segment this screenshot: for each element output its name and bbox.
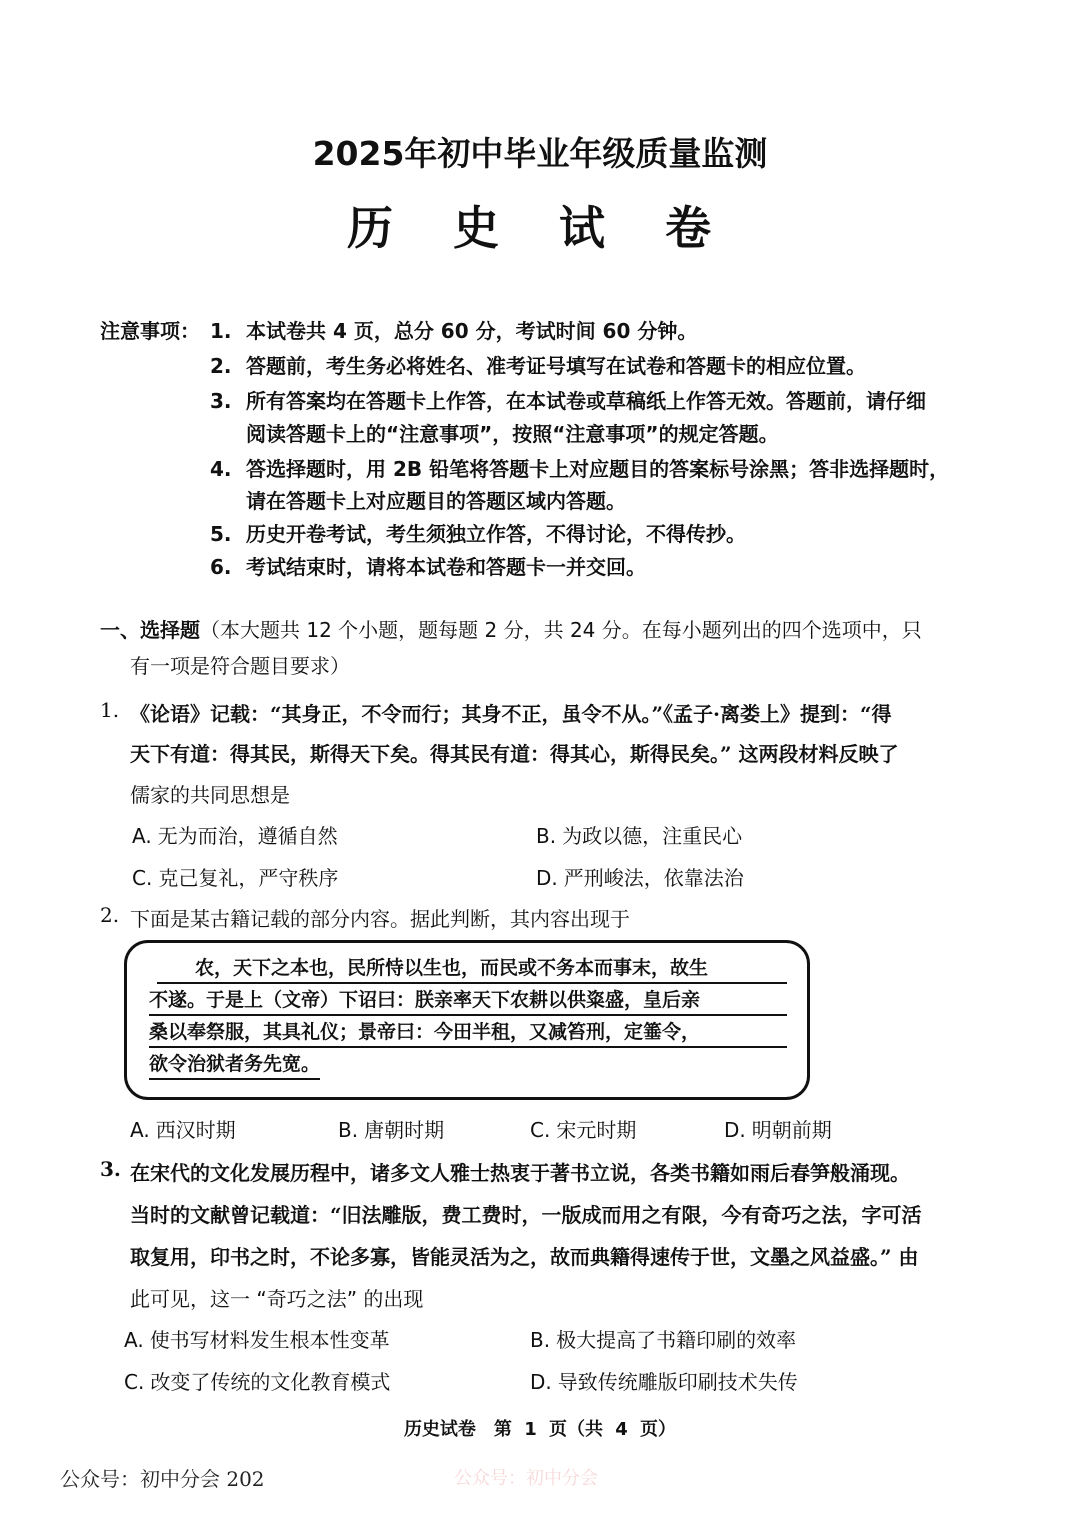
section-heading: 一、选择题（本大题共 12 个小题，题每题 2 分，共 24 分。在每小题列出的… (100, 614, 922, 643)
notice-item-4: 4.答选择题时，用 2B 铅笔将答题卡上对应题目的答案标号涂黑；答非选择题时， (210, 453, 949, 482)
notice-item-2: 2.答题前，考生务必将姓名、准考证号填写在试卷和答题卡的相应位置。 (210, 350, 866, 379)
section-title: 一、选择题 (100, 618, 200, 642)
notice-item-5: 5.历史开卷考试，考生须独立作答，不得讨论，不得传抄。 (210, 518, 746, 547)
option-d[interactable]: D.导致传统雕版印刷技术失传 (530, 1366, 798, 1395)
option-d[interactable]: D.明朝前期 (724, 1114, 832, 1143)
notice-item-3: 3.所有答案均在答题卡上作答，在本试卷或草稿纸上作答无效。答题前，请仔细 (210, 385, 926, 414)
exam-title: 2025年初中毕业年级质量监测 (0, 128, 1080, 175)
option-b[interactable]: B.极大提高了书籍印刷的效率 (530, 1324, 796, 1353)
option-c[interactable]: C.克己复礼，严守秩序 (132, 862, 338, 891)
option-d[interactable]: D.严刑峻法，依靠法治 (536, 862, 744, 891)
question-text-line: 下面是某古籍记载的部分内容。据此判断，其内容出现于 (130, 903, 630, 932)
question-text-line: 《论语》记载：“其身正，不令而行；其身不正，虽令不从。”《孟子·离娄上》提到：“… (130, 698, 891, 727)
option-b[interactable]: B.为政以德，注重民心 (536, 820, 742, 849)
option-a[interactable]: A.使书写材料发生根本性变革 (124, 1324, 390, 1353)
question-number: 3. (100, 1157, 121, 1181)
question-text-line: 在宋代的文化发展历程中，诸多文人雅士热衷于著书立说，各类书籍如雨后春笋般涌现。 (130, 1157, 910, 1186)
material-line: 欲令治狱者务先宽。 (149, 1051, 320, 1080)
notice-item-3-cont: 阅读答题卡上的“注意事项”，按照“注意事项”的规定答题。 (246, 418, 779, 447)
material-line: 农，天下之本也，民所恃以生也，而民或不务本而事末，故生 (157, 955, 787, 984)
notice-item-4-cont: 请在答题卡上对应题目的答题区域内答题。 (246, 485, 626, 514)
material-line: 不遂。于是上（文帝）下诏曰：朕亲率天下农耕以供粢盛，皇后亲 (149, 987, 787, 1016)
question-number: 2. (100, 903, 119, 927)
material-box: 农，天下之本也，民所恃以生也，而民或不务本而事末，故生 不遂。于是上（文帝）下诏… (124, 940, 810, 1100)
question-number: 1. (100, 698, 119, 722)
option-b[interactable]: B.唐朝时期 (338, 1114, 444, 1143)
section-desc: （本大题共 12 个小题，题每题 2 分，共 24 分。在每小题列出的四个选项中… (200, 618, 922, 642)
option-c[interactable]: C.改变了传统的文化教育模式 (124, 1366, 390, 1395)
notice-item-6: 6.考试结束时，请将本试卷和答题卡一并交回。 (210, 551, 646, 580)
question-text-line: 取复用，印书之时，不论多寡，皆能灵活为之，故而典籍得速传于世，文墨之风益盛。” … (130, 1241, 918, 1270)
subject-title: 历 史 试 卷 (0, 192, 1080, 258)
material-line: 桑以奉祭服，其具礼仪；景帝曰：今田半租，又减笞刑，定箠令， (149, 1019, 787, 1048)
notice-label: 注意事项： (100, 315, 200, 344)
question-text-line: 儒家的共同思想是 (130, 779, 290, 808)
question-text-line: 当时的文献曾记载道：“旧法雕版，费工费时，一版成而用之有限，今有奇巧之法，字可活 (130, 1199, 922, 1228)
option-a[interactable]: A.无为而治，遵循自然 (132, 820, 338, 849)
option-a[interactable]: A.西汉时期 (130, 1114, 236, 1143)
question-text-line: 此可见，这一 “奇巧之法” 的出现 (130, 1283, 423, 1312)
page-footer: 历史试卷 第 1 页（共 4 页） (0, 1415, 1080, 1441)
question-text-line: 天下有道：得其民，斯得天下矣。得其民有道：得其心，斯得民矣。” 这两段材料反映了 (130, 738, 898, 767)
option-c[interactable]: C.宋元时期 (530, 1114, 636, 1143)
watermark-left: 公众号：初中分会 202 (60, 1463, 265, 1492)
watermark-center: 公众号：初中分会 (454, 1464, 598, 1490)
section-desc-cont: 有一项是符合题目要求） (130, 650, 350, 679)
notice-item-1: 1.本试卷共 4 页，总分 60 分，考试时间 60 分钟。 (210, 315, 697, 344)
